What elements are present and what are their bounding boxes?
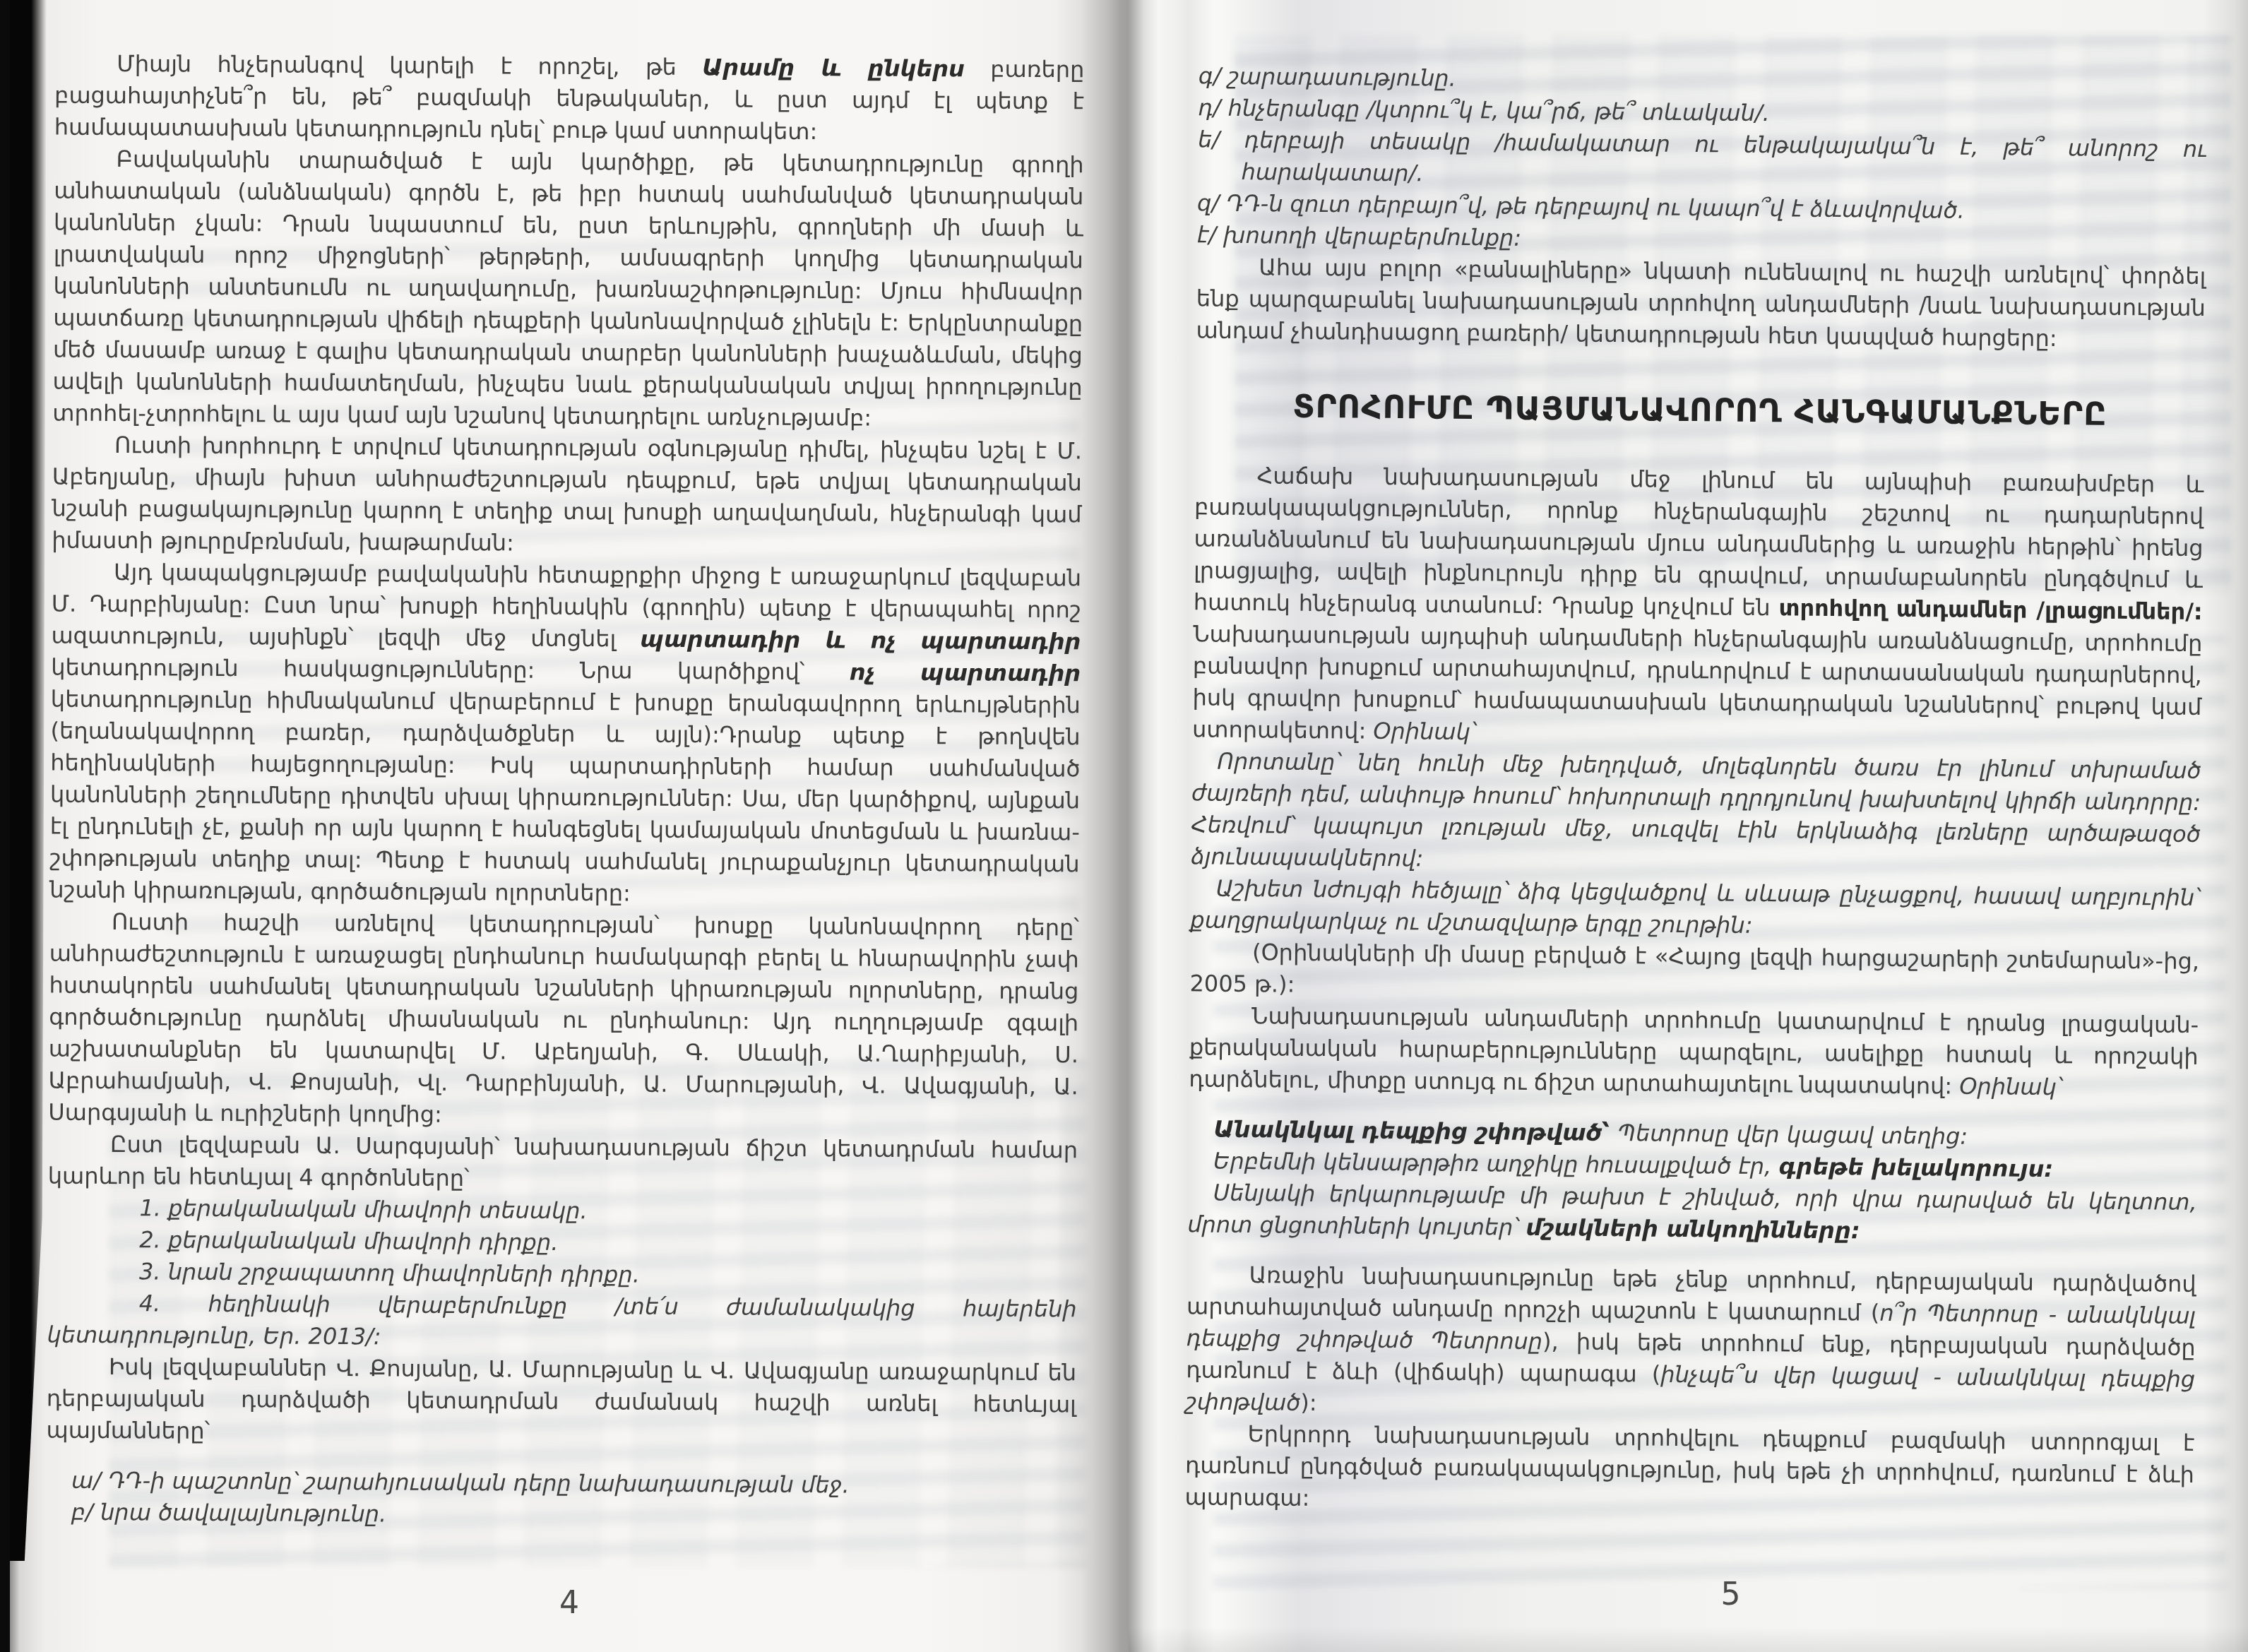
text-run: ):	[1300, 1389, 1317, 1416]
page-number: 5	[1129, 1576, 2248, 1612]
paragraph: Իսկ լեզվաբաններ Վ. Քոսյանը, Ա. Մարության…	[46, 1351, 1076, 1453]
paragraph: Երկրորդ նախադասության տրոհվելու դեպքում …	[1184, 1418, 2194, 1523]
example-sentence: Սենյակի երկարությամբ մի թախտ է շինված, ո…	[1187, 1177, 2197, 1250]
list-item: 4. հեղինակի վերաբերմունքը /տե՛ս ժամանակա…	[47, 1288, 1077, 1357]
paragraph: Հաճախ նախադասության մեջ լինում են այնպիս…	[1192, 459, 2204, 755]
text-run: Նախադասության այդպիսի անդամների հնչերանգ…	[1192, 620, 2203, 744]
paragraph: Ահա այս բոլոր «բանալիները» նկատի ունենալ…	[1196, 251, 2206, 356]
open-book-scan: Միայն հնչերանգով կարելի է որոշել, թե Արա…	[0, 0, 2248, 1652]
paragraph: Ուստի խորհուրդ է տրվում կետադրության օգն…	[52, 429, 1082, 563]
text-run: Երբեմնի կենսաթրթիռ աղջիկը հուսալքված էր,	[1213, 1148, 1779, 1180]
emphasized-text: Անակնկալ դեպքից շփոթված՝	[1213, 1116, 1617, 1146]
right-page: գ/ շարադասությունը. դ/ հնչերանգը /կտրու՞…	[1129, 0, 2248, 1652]
list-item: բ/ նրա ծավալայնությունը.	[46, 1497, 1076, 1535]
left-page-text: Միայն հնչերանգով կարելի է որոշել, թե Արա…	[10, 0, 1129, 1535]
emphasized-text: մշակների անկողինները:	[1526, 1214, 1860, 1244]
paragraph: Միայն հնչերանգով կարելի է որոշել, թե Արա…	[54, 48, 1085, 150]
example-label: Օրինակ՝	[1959, 1073, 2062, 1100]
emphasized-text: տրոհվող անդամներ /լրացումներ/:	[1778, 594, 2202, 625]
paragraph: Ըստ լեզվաբան Ա. Սարգսյանի՝ նախադասության…	[48, 1129, 1078, 1199]
section-heading: ՏՐՈՀՈՒՄԸ ՊԱՅՄԱՆԱՎՈՐՈՂ ՀԱՆԳԱՄԱՆՔՆԵՐԸ	[1195, 387, 2204, 434]
paragraph: Այդ կապակցությամբ բավականին հետաքրքիր մի…	[49, 557, 1081, 913]
paragraph: Բավականին տարածված է այն կարծիքը, թե կետ…	[52, 143, 1083, 436]
paragraph: (Օրինակների մի մասը բերված է «Հայոց լեզվ…	[1189, 936, 2199, 1009]
example-sentence: Աշխետ նժույգի հեծյալը՝ ձիգ կեցվածքով և ս…	[1190, 872, 2200, 946]
left-page: Միայն հնչերանգով կարելի է որոշել, թե Արա…	[10, 0, 1129, 1652]
page-bottom-shadow	[1129, 1627, 2248, 1652]
page-number: 4	[10, 1585, 1129, 1621]
text-run: կետադրությունը հիմնականում վերաբերում է …	[49, 686, 1081, 907]
emphasized-text: գրեթե խելակորույս:	[1778, 1153, 2053, 1182]
paragraph: Առաջին նախադասությունը եթե չենք տրոհում,…	[1186, 1259, 2196, 1427]
emphasized-text: պարտադիր և ոչ պարտադիր	[640, 626, 1081, 655]
right-page-text: գ/ շարադասությունը. դ/ հնչերանգը /կտրու՞…	[1129, 0, 2248, 1523]
emphasized-text: Արամը և ընկերս	[702, 54, 965, 82]
paragraph: Նախադասության անդամների տրոհումը կատարվո…	[1189, 999, 2199, 1105]
emphasized-text: ոչ պարտադիր	[850, 658, 1081, 687]
example-label: Օրինակ՝	[1373, 718, 1475, 745]
text-run: Միայն հնչերանգով կարելի է որոշել, թե	[117, 50, 702, 81]
paragraph: Ուստի հաշվի առնելով կետադրության՝ խոսքը …	[48, 906, 1079, 1135]
text-run: Պետրոսը վեր կացավ տեղից:	[1617, 1119, 1968, 1150]
example-sentence: Որոտանը՝ նեղ հունի մեջ խեղդված, մոլեգնոր…	[1191, 745, 2201, 882]
list-item: ե/ դերբայի տեսակը /համակատար ու ենթակայա…	[1197, 124, 2207, 197]
text-run: կետադրություն հասկացությունները: Նրա կար…	[51, 654, 850, 686]
